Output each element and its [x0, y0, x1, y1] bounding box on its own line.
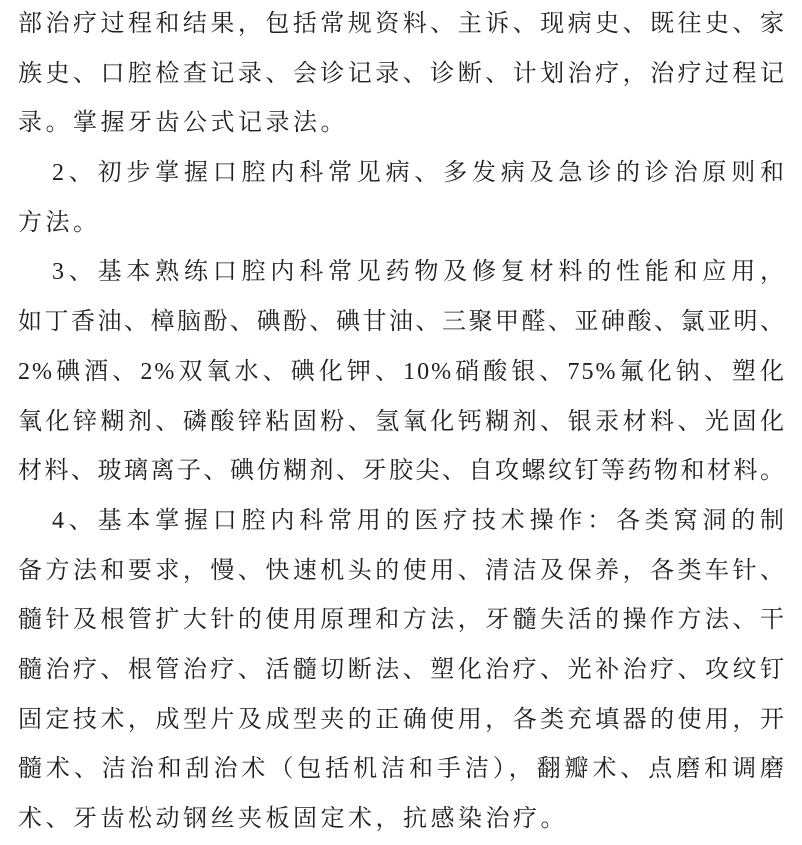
text-line: 备方法和要求，慢、快速机头的使用、清洁及保养，各类车针、 [18, 547, 786, 597]
text-line: 4、基本掌握口腔内科常用的医疗技术操作：各类窝洞的制 [18, 497, 786, 547]
text-line: 术、牙齿松动钢丝夹板固定术，抗感染治疗。 [18, 795, 786, 845]
text-line: 固定技术，成型片及成型夹的正确使用，各类充填器的使用，开 [18, 696, 786, 746]
text-line: 氧化锌糊剂、磷酸锌粘固粉、氢氧化钙糊剂、银汞材料、光固化 [18, 398, 786, 448]
text-line: 材料、玻璃离子、碘仿糊剂、牙胶尖、自攻螺纹钉等药物和材料。 [18, 447, 786, 497]
text-line: 髓术、洁治和刮治术（包括机洁和手洁），翻瓣术、点磨和调磨 [18, 745, 786, 795]
text-line: 录。掌握牙齿公式记录法。 [18, 99, 786, 149]
document-page: 部治疗过程和结果，包括常规资料、主诉、现病史、既往史、家 族史、口腔检查记录、会… [0, 0, 802, 845]
text-line: 如丁香油、樟脑酚、碘酚、碘甘油、三聚甲醛、亚砷酸、氯亚明、 [18, 298, 786, 348]
text-line: 部治疗过程和结果，包括常规资料、主诉、现病史、既往史、家 [18, 0, 786, 50]
text-line: 2、初步掌握口腔内科常见病、多发病及急诊的诊治原则和 [18, 149, 786, 199]
text-line: 2%碘酒、2%双氧水、碘化钾、10%硝酸银、75%氟化钠、塑化液、 [18, 348, 786, 398]
text-line: 族史、口腔检查记录、会诊记录、诊断、计划治疗，治疗过程记 [18, 50, 786, 100]
text-line: 髓针及根管扩大针的使用原理和方法，牙髓失活的操作方法、干 [18, 596, 786, 646]
text-line: 3、基本熟练口腔内科常见药物及修复材料的性能和应用， [18, 248, 786, 298]
text-line: 髓治疗、根管治疗、活髓切断法、塑化治疗、光补治疗、攻纹钉 [18, 646, 786, 696]
text-line: 方法。 [18, 199, 786, 249]
